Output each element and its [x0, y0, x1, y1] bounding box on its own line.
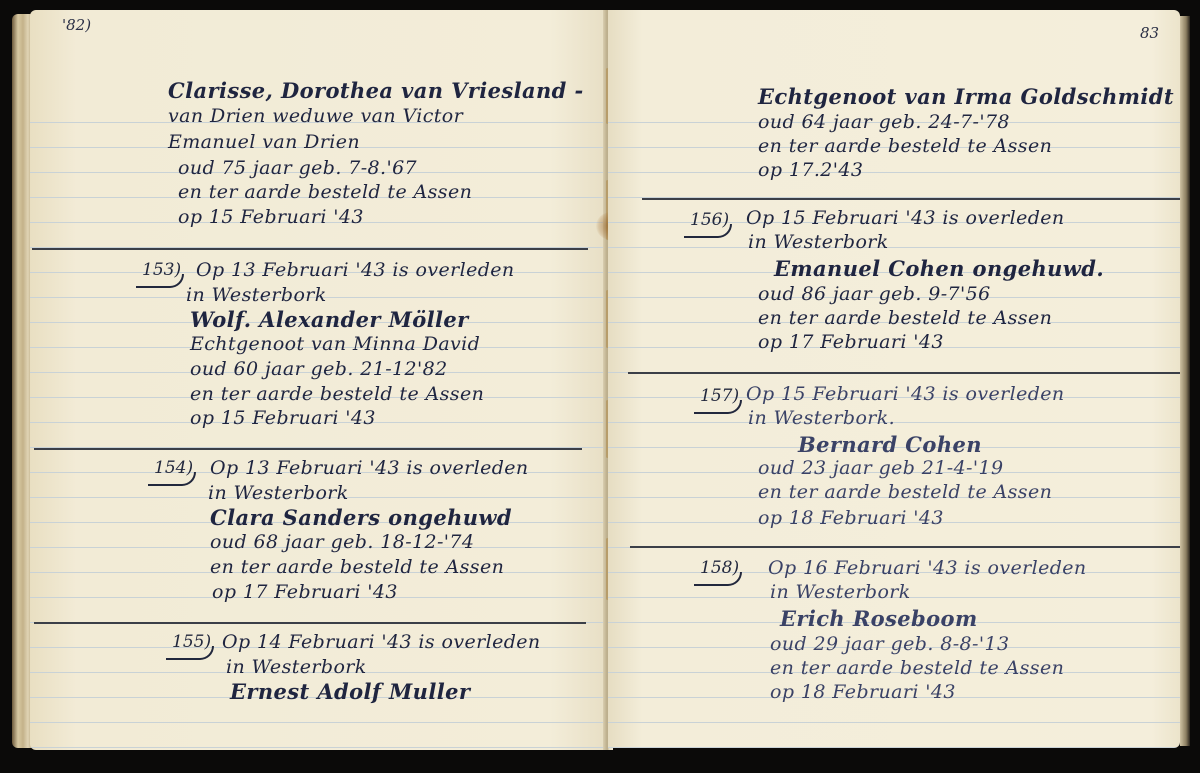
entry-line: oud 23 jaar geb 21-4-'19	[758, 456, 1003, 481]
entry-divider	[34, 622, 586, 624]
deceased-name: Wolf. Alexander Möller	[190, 307, 469, 332]
entry-line: oud 86 jaar geb. 9-7'56	[758, 282, 991, 307]
entry-line: op 15 Februari '43	[178, 205, 364, 230]
entry-line: oud 75 jaar geb. 7-8.'67	[178, 156, 417, 181]
entry-line: Op 16 Februari '43 is overleden	[768, 556, 1087, 581]
right-page-number: 83	[1140, 24, 1159, 42]
entry-line: Op 15 Februari '43 is overleden	[746, 206, 1065, 231]
entry-number: 156)	[690, 210, 729, 230]
entry-line: op 17 Februari '43	[758, 330, 944, 355]
entry-line: op 18 Februari '43	[770, 680, 956, 705]
entry-number: 158)	[700, 558, 739, 578]
entry-number: 153)	[142, 260, 181, 280]
entry-line: Clarisse, Dorothea van Vriesland -	[168, 78, 584, 103]
right-page: 83 Echtgenoot van Irma Goldschmidt oud 6…	[608, 10, 1180, 748]
entry-divider	[32, 248, 588, 250]
entry-line: Op 13 Februari '43 is overleden	[210, 456, 529, 481]
entry-line: oud 64 jaar geb. 24-7-'78	[758, 110, 1010, 135]
entry-line: in Westerbork	[186, 283, 327, 308]
entry-line: in Westerbork	[770, 580, 911, 605]
entry-line: en ter aarde besteld te Assen	[758, 480, 1052, 505]
entry-line: in Westerbork	[208, 481, 349, 506]
entry-line: oud 60 jaar geb. 21-12'82	[190, 357, 448, 382]
entry-divider	[642, 198, 1180, 200]
entry-line: van Drien weduwe van Victor	[168, 104, 463, 129]
entry-line: Echtgenoot van Irma Goldschmidt	[758, 84, 1174, 109]
open-register-book: '82) Clarisse, Dorothea van Vriesland - …	[0, 0, 1200, 773]
entry-line: en ter aarde besteld te Assen	[190, 382, 484, 407]
entry-line: op 17.2'43	[758, 158, 863, 183]
right-page-edges	[1180, 16, 1190, 746]
entry-number: 155)	[172, 632, 211, 652]
entry-divider	[630, 546, 1180, 548]
entry-line: en ter aarde besteld te Assen	[758, 306, 1052, 331]
entry-line: op 18 Februari '43	[758, 506, 944, 531]
deceased-name: Bernard Cohen	[798, 432, 982, 457]
entry-line: en ter aarde besteld te Assen	[210, 555, 504, 580]
entry-line: in Westerbork.	[748, 406, 895, 431]
entry-line: Echtgenoot van Minna David	[190, 332, 480, 357]
entry-line: en ter aarde besteld te Assen	[178, 180, 472, 205]
left-page-edges	[12, 14, 32, 748]
entry-line: in Westerbork	[748, 230, 889, 255]
left-page-number: '82)	[62, 16, 91, 34]
entry-line: op 17 Februari '43	[212, 580, 398, 605]
entry-line: en ter aarde besteld te Assen	[758, 134, 1052, 159]
entry-divider	[628, 372, 1180, 374]
entry-number: 154)	[154, 458, 193, 478]
entry-divider	[34, 448, 582, 450]
deceased-name: Ernest Adolf Muller	[230, 679, 470, 704]
entry-line: Op 13 Februari '43 is overleden	[196, 258, 515, 283]
deceased-name: Clara Sanders ongehuwd	[210, 505, 512, 530]
entry-line: oud 68 jaar geb. 18-12-'74	[210, 530, 474, 555]
entry-line: en ter aarde besteld te Assen	[770, 656, 1064, 681]
left-page: '82) Clarisse, Dorothea van Vriesland - …	[30, 10, 608, 750]
entry-line: Emanuel van Drien	[168, 130, 360, 155]
entry-number: 157)	[700, 386, 739, 406]
entry-line: op 15 Februari '43	[190, 406, 376, 431]
entry-line: Op 15 Februari '43 is overleden	[746, 382, 1065, 407]
entry-line: Op 14 Februari '43 is overleden	[222, 630, 541, 655]
entry-line: in Westerbork	[226, 655, 367, 680]
deceased-name: Emanuel Cohen ongehuwd.	[774, 256, 1104, 281]
deceased-name: Erich Roseboom	[780, 606, 978, 631]
entry-line: oud 29 jaar geb. 8-8-'13	[770, 632, 1009, 657]
